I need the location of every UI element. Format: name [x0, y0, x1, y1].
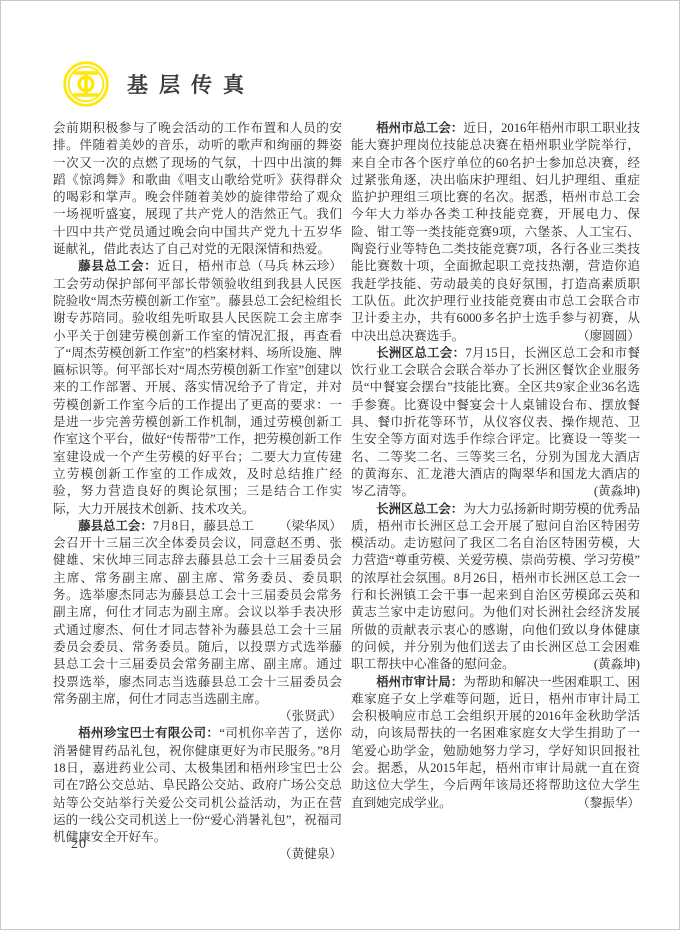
news-item-text: 近日，梧州市总工会劳动保护部何平部长带领验收组到我县人民医院验收“周杰劳模创新工… [53, 259, 342, 515]
news-item: 梧州珍宝巴士有限公司：“司机你辛苦了，送你消暑健胃药品礼包，祝你健康更好为市民服… [53, 725, 342, 863]
news-item-title: 长洲区总工会： [376, 502, 463, 516]
news-item-title: 长洲区总工会： [376, 346, 465, 360]
news-item-text: 为大力弘扬新时期劳模的优秀品质，梧州市长洲区总工会开展了慰问自治区特困劳模活动。… [351, 502, 640, 672]
news-item-byline: （梁华凤） [254, 518, 342, 535]
news-item-text: 近日，2016年梧州市职工职业技能大赛护理岗位技能总决赛在梧州职业学院举行，来自… [351, 121, 640, 343]
news-item-byline: （廖圆圆） [552, 328, 640, 345]
union-emblem-icon [63, 61, 109, 107]
article-columns: 会前期积极参与了晚会活动的工作布置和人员的安排。伴随着美妙的音乐，动听的歌声和绚… [53, 120, 640, 864]
news-item: 长洲区总工会：为大力弘扬新时期劳模的优秀品质，梧州市长洲区总工会开展了慰问自治区… [351, 501, 640, 674]
news-item-byline: （黎振华） [552, 795, 640, 812]
news-item-text: 7月8日，藤县总工会召开十三届三次全体委员会议，同意赵丕勇、张健雄、宋伙坤三同志… [53, 519, 342, 706]
news-item: 长洲区总工会：7月15日，长洲区总工会和市餐饮行业工会联合会联合举办了长洲区餐饮… [351, 345, 640, 501]
page-number: 20 [71, 837, 87, 853]
news-item-text: 会前期积极参与了晚会活动的工作布置和人员的安排。伴随着美妙的音乐，动听的歌声和绚… [53, 121, 342, 256]
news-item-title: 梧州市审计局： [376, 675, 463, 689]
news-item-byline: (黄淼坤) [569, 483, 640, 500]
section-title: 基层传真 [127, 69, 255, 99]
news-item-byline: （张贤武） [53, 708, 342, 725]
news-item-byline: （马兵 林云珍） [251, 258, 342, 275]
news-item-title: 梧州市总工会： [376, 121, 463, 135]
page-header: 基层传真 [63, 61, 255, 107]
news-item-title: 藤县总工会： [78, 259, 157, 273]
news-item: 藤县总工会：近日，梧州市总工会劳动保护部何平部长带领验收组到我县人民医院验收“周… [53, 258, 342, 517]
news-item-byline: （黄健泉） [53, 846, 342, 863]
news-item-text: 为帮助和解决一些困难职工、困难家庭子女上学难等问题，近日，梧州市审计局工会积极响… [351, 675, 640, 810]
news-item-text: “司机你辛苦了，送你消暑健胃药品礼包，祝你健康更好为市民服务。”8月18日，嘉进… [53, 726, 342, 844]
news-item-text: 7月15日，长洲区总工会和市餐饮行业工会联合会联合举办了长洲区餐饮企业服务员“中… [351, 346, 640, 498]
magazine-page: 基层传真 会前期积极参与了晚会活动的工作布置和人员的安排。伴随着美妙的音乐，动听… [0, 0, 680, 930]
news-item: 梧州市审计局：为帮助和解决一些困难职工、困难家庭子女上学难等问题，近日，梧州市审… [351, 674, 640, 812]
news-item-title: 藤县总工会： [78, 519, 153, 533]
news-item: 梧州市总工会：近日，2016年梧州市职工职业技能大赛护理岗位技能总决赛在梧州职业… [351, 120, 640, 345]
right-column: 梧州市总工会：近日，2016年梧州市职工职业技能大赛护理岗位技能总决赛在梧州职业… [351, 120, 640, 864]
news-item: 藤县总工会：7月8日，藤县总工会召开十三届三次全体委员会议，同意赵丕勇、张健雄、… [53, 518, 342, 726]
news-item-title: 梧州珍宝巴士有限公司： [78, 726, 219, 740]
left-column: 会前期积极参与了晚会活动的工作布置和人员的安排。伴随着美妙的音乐，动听的歌声和绚… [53, 120, 342, 864]
news-item: 会前期积极参与了晚会活动的工作布置和人员的安排。伴随着美妙的音乐，动听的歌声和绚… [53, 120, 342, 258]
news-item-byline: (黄淼坤) [569, 656, 640, 673]
